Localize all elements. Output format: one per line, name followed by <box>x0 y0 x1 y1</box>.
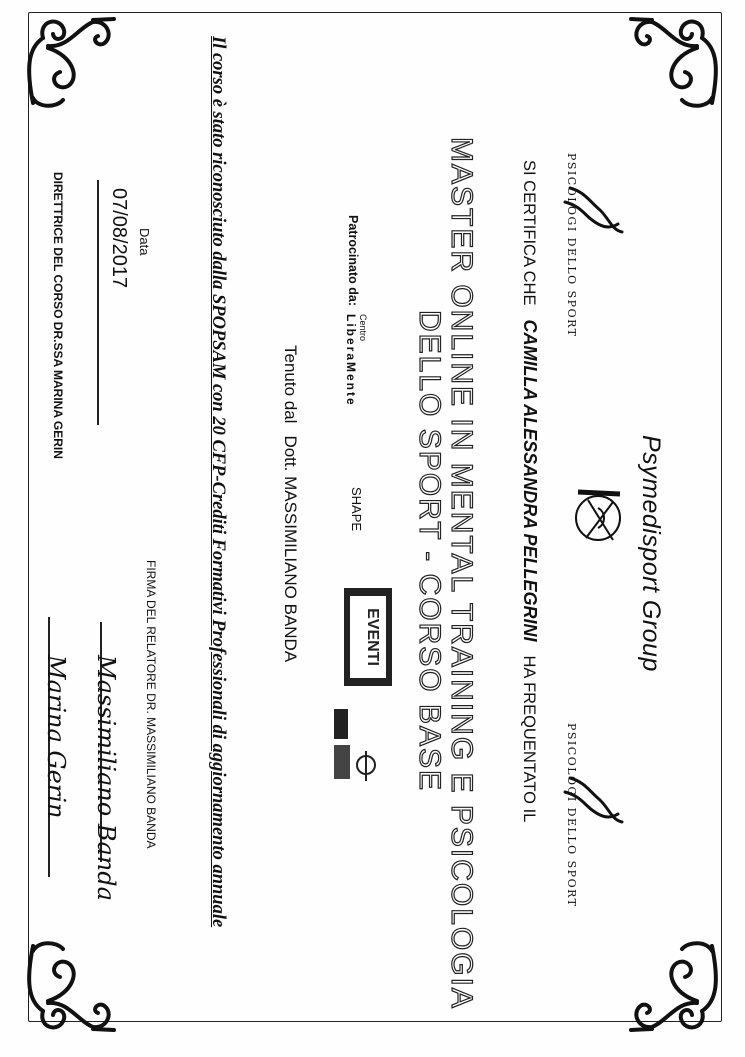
held-by-label: Tenuto dal <box>281 345 300 423</box>
date-underline <box>97 180 99 425</box>
emblem-logo-icon <box>558 480 638 555</box>
speaker-signature: Massimiliano Banda <box>92 655 120 901</box>
corner-flourish-icon <box>627 931 737 1041</box>
logo-main-text: LiberaMente <box>344 314 358 407</box>
organization-title: Psymedisport Group <box>636 435 665 672</box>
sponsors-label: Patrocinato da: <box>346 215 360 306</box>
course-title-line-1: MASTER ONLINE IN MENTAL TRAINING E PSICO… <box>444 137 478 1010</box>
attended-text: HA FREQUENTATO IL <box>520 655 538 822</box>
logo-main-text: SHAPE <box>349 487 364 531</box>
shape-logo: SHAPE <box>330 485 370 555</box>
recognition-statement: Il corso è stato riconosciuto dalla SPOP… <box>207 36 228 927</box>
course-title-line-2: DELLO SPORT - CORSO BASE <box>412 310 446 792</box>
certify-intro: SI CERTIFICA CHE <box>520 160 538 305</box>
liberamente-logo: Centro LiberaMente <box>336 312 374 412</box>
director-signature: Marina Gerin <box>42 655 70 818</box>
recipient-name: CAMILLA ALESSANDRA PELLEGRINI <box>520 319 540 641</box>
swoosh-logo-icon <box>560 770 640 830</box>
certification-statement: SI CERTIFICA CHECAMILLA ALESSANDRA PELLE… <box>519 160 540 822</box>
speaker-signature-label: FIRMA DEL RELATORE DR. MASSIMILIANO BAND… <box>144 560 158 849</box>
swoosh-logo-icon <box>560 180 640 240</box>
eventi-logo: EVENTI <box>340 582 396 692</box>
corner-flourish-icon <box>627 8 737 118</box>
held-by-line: Tenuto dalDott. MASSIMILIANO BANDA <box>280 345 300 662</box>
corner-flourish-icon <box>8 8 118 118</box>
partner-logo-icon <box>330 705 380 785</box>
logo-small-text: Centro <box>358 314 368 341</box>
course-director: DIRETTRICE DEL CORSO DR.SSA MARINA GERIN <box>51 172 65 459</box>
date-label: Data <box>137 228 152 255</box>
date-value: 07/08/2017 <box>107 188 130 288</box>
certificate-page: Psymedisport Group PSICOLOGI DELLO SPORT… <box>0 0 745 1057</box>
svg-text:EVENTI: EVENTI <box>364 608 381 666</box>
corner-flourish-icon <box>8 931 118 1041</box>
instructor-name: Dott. MASSIMILIANO BANDA <box>281 435 300 662</box>
